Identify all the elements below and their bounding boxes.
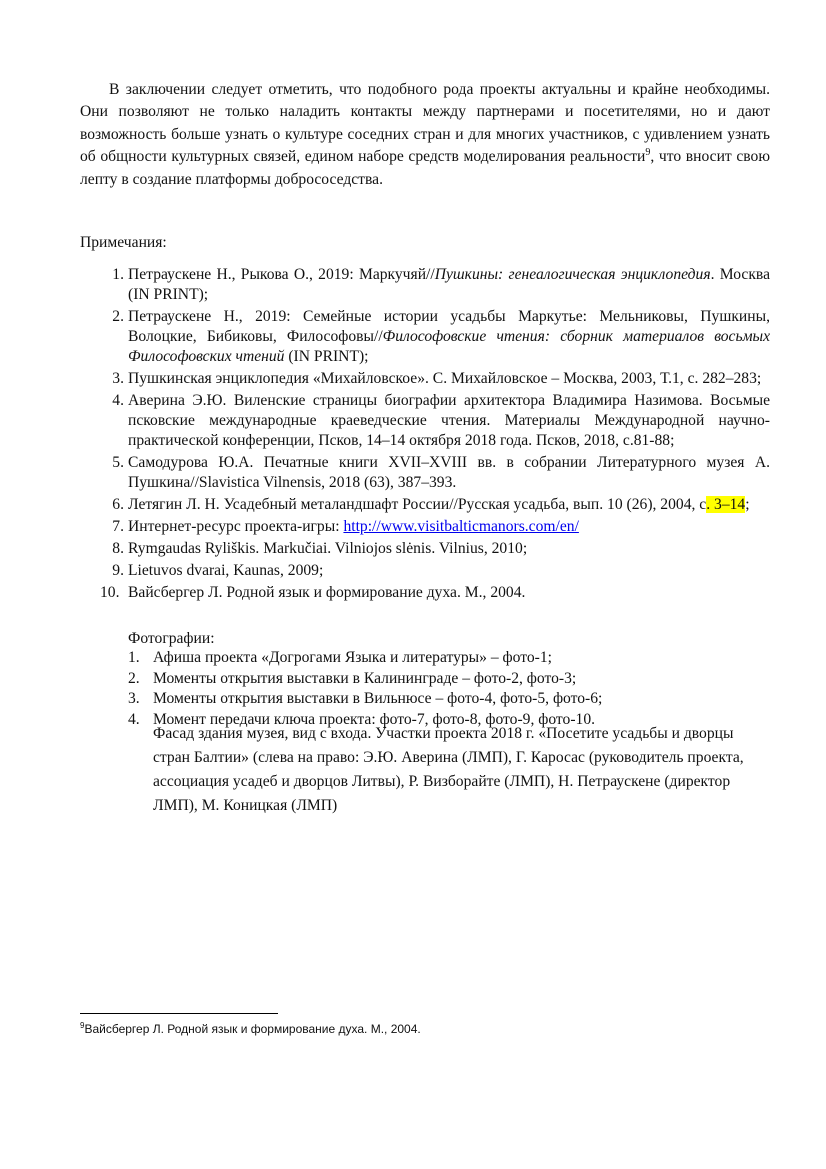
note-text: Петраускене Н., Рыкова О., 2019: Маркучя… (128, 266, 435, 283)
conclusion-paragraph: В заключении следует отметить, что подоб… (80, 79, 770, 191)
note-text: ; (745, 496, 749, 513)
photo-number: 2. (128, 669, 140, 690)
photo-number: 4. (128, 710, 140, 731)
note-text: Летягин Л. Н. Усадебный металандшафт Рос… (128, 496, 706, 513)
project-website-link[interactable]: http://www.visitbalticmanors.com/en/ (343, 518, 578, 535)
footnote-text: Вайсбергер Л. Родной язык и формирование… (84, 1022, 420, 1036)
note-number: 7. (104, 517, 124, 537)
notes-heading: Примечания: (80, 233, 167, 253)
highlighted-page-range: . 3–14 (706, 496, 745, 513)
note-number: 3. (104, 369, 124, 389)
photo-text: Афиша проекта «Догрогами Языка и литерат… (153, 649, 552, 666)
note-text: Интернет-ресурс проекта-игры: (128, 518, 343, 535)
photo-text: Моменты открытия выставки в Вильнюсе – ф… (153, 690, 602, 707)
note-item: 9. Lietuvos dvarai, Kaunas, 2009; (104, 561, 770, 581)
note-text: Lietuvos dvarai, Kaunas, 2009; (128, 561, 770, 581)
note-number: 1. (104, 265, 124, 285)
note-item: 10. Вайсбергер Л. Родной язык и формиров… (104, 583, 770, 603)
note-item: 4. Аверина Э.Ю. Виленские страницы биогр… (104, 391, 770, 451)
note-item: 8. Rymgaudas Ryliškis. Markučiai. Vilnio… (104, 539, 770, 559)
photo-item: 1. Афиша проекта «Догрогами Языка и лите… (128, 648, 768, 669)
note-text: Rymgaudas Ryliškis. Markučiai. Vilniojos… (128, 539, 770, 559)
note-number: 6. (104, 495, 124, 515)
note-item: 7. Интернет-ресурс проекта-игры: http://… (104, 517, 770, 537)
photo-item: 2. Моменты открытия выставки в Калинингр… (128, 669, 768, 690)
photo-number: 3. (128, 689, 140, 710)
photo-number: 1. (128, 648, 140, 669)
note-item: 6. Летягин Л. Н. Усадебный металандшафт … (104, 495, 770, 515)
photo-text: Моменты открытия выставки в Калининграде… (153, 670, 576, 687)
note-item: 5. Самодурова Ю.А. Печатные книги XVII–X… (104, 453, 770, 493)
document-page: В заключении следует отметить, что подоб… (0, 0, 826, 1169)
note-number: 4. (104, 391, 124, 411)
note-text: Аверина Э.Ю. Виленские страницы биографи… (128, 391, 770, 451)
photo-caption: Фасад здания музея, вид с входа. Участки… (153, 722, 773, 818)
footnote: 9Вайсбергер Л. Родной язык и формировани… (80, 1021, 421, 1036)
note-number: 5. (104, 453, 124, 473)
footnote-divider (80, 1013, 278, 1014)
photos-list: 1. Афиша проекта «Догрогами Языка и лите… (128, 648, 768, 730)
note-text: Пушкинская энциклопедия «Михайловское». … (128, 369, 770, 389)
note-number: 2. (104, 307, 124, 327)
note-italic-title: Пушкины: генеалогическая энциклопедия (435, 266, 711, 283)
note-text: Вайсбергер Л. Родной язык и формирование… (128, 583, 770, 603)
note-text: Самодурова Ю.А. Печатные книги XVII–XVII… (128, 453, 770, 493)
photo-item: 3. Моменты открытия выставки в Вильнюсе … (128, 689, 768, 710)
photos-heading: Фотографии: (128, 629, 215, 649)
note-number: 9. (104, 561, 124, 581)
note-item: 1. Петраускене Н., Рыкова О., 2019: Марк… (104, 265, 770, 305)
note-number: 8. (104, 539, 124, 559)
notes-list: 1. Петраускене Н., Рыкова О., 2019: Марк… (104, 265, 770, 605)
note-text: (IN PRINT); (284, 348, 368, 365)
note-number: 10. (100, 583, 124, 603)
note-item: 2. Петраускене Н., 2019: Семейные истори… (104, 307, 770, 367)
note-item: 3. Пушкинская энциклопедия «Михайловское… (104, 369, 770, 389)
